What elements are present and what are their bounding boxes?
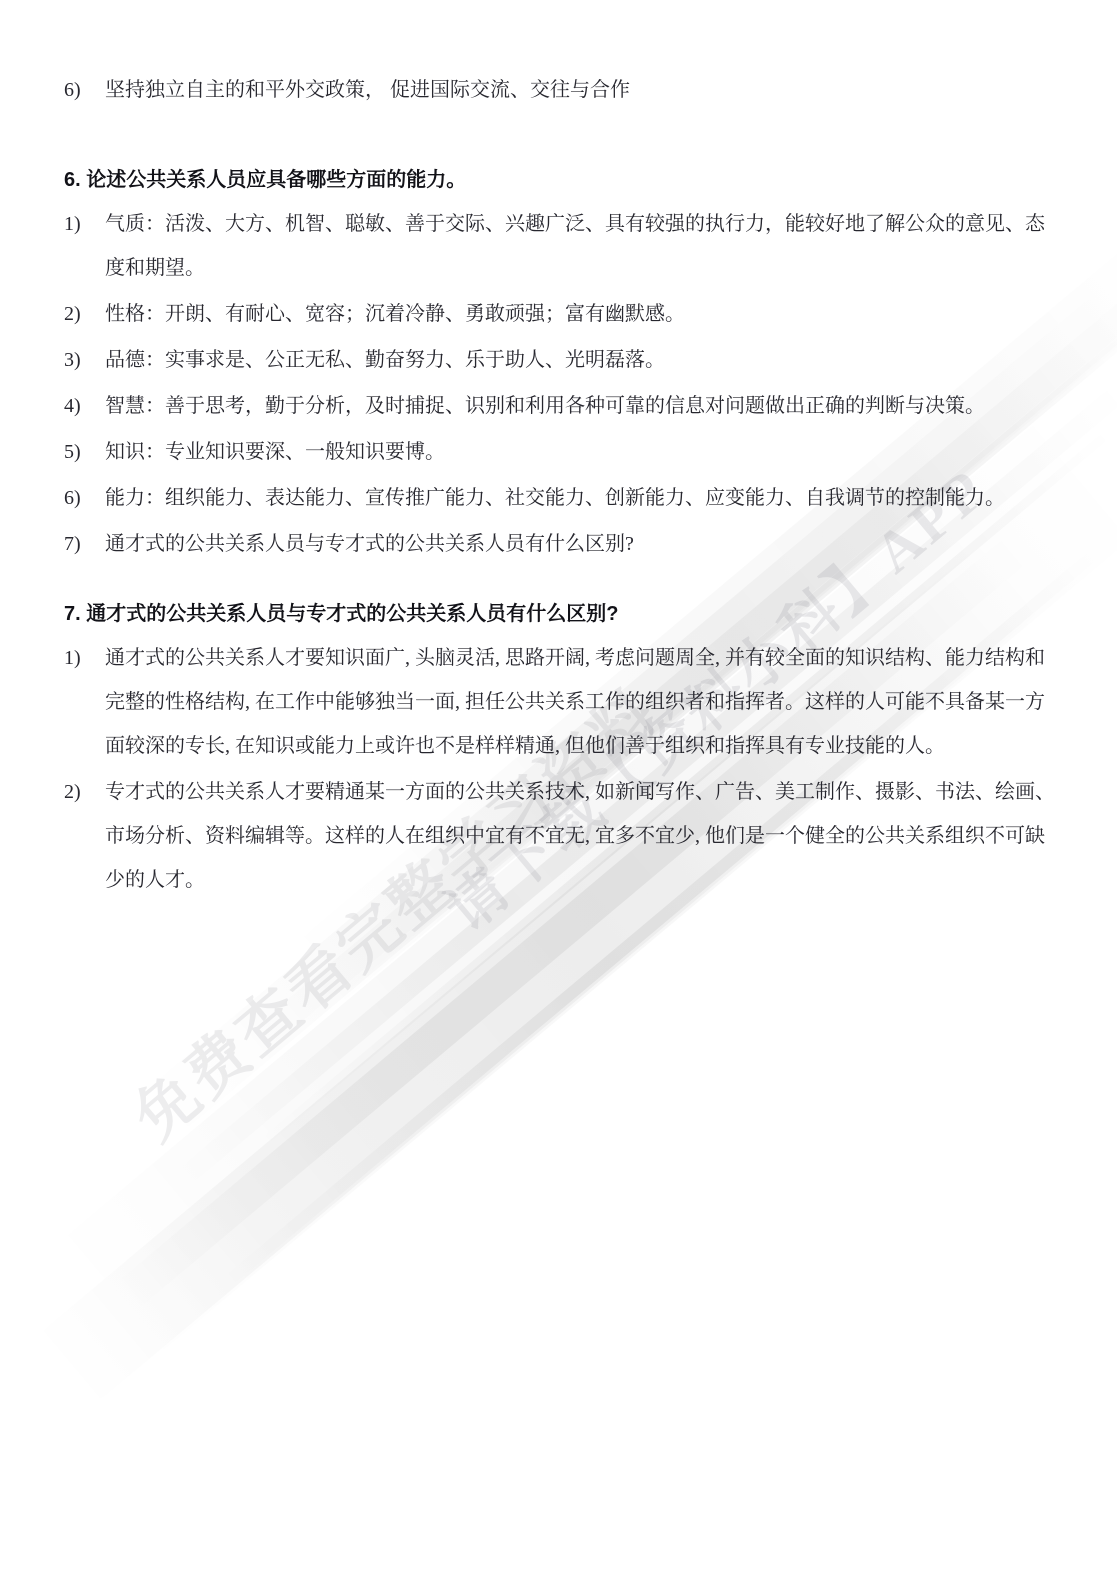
list-item-text: 气质：活泼、大方、机智、聪敏、善于交际、兴趣广泛、具有较强的执行力，能较好地了解… (105, 202, 1064, 290)
list-item-text: 能力：组织能力、表达能力、宣传推广能力、社交能力、创新能力、应变能力、自我调节的… (105, 476, 1064, 520)
list-item: 1) 气质：活泼、大方、机智、聪敏、善于交际、兴趣广泛、具有较强的执行力，能较好… (64, 202, 1064, 290)
list-item: 6) 坚持独立自主的和平外交政策， 促进国际交流、交往与合作 (64, 68, 1064, 112)
list-item-text: 通才式的公共关系人员与专才式的公共关系人员有什么区别? (105, 522, 1064, 566)
list-marker: 3) (64, 338, 105, 382)
list-item: 2) 性格：开朗、有耐心、宽容；沉着冷静、勇敢顽强；富有幽默感。 (64, 292, 1064, 336)
list-item-text: 通才式的公共关系人才要知识面广, 头脑灵活, 思路开阔, 考虑问题周全, 并有较… (105, 636, 1064, 768)
list-item-text: 品德：实事求是、公正无私、勤奋努力、乐于助人、光明磊落。 (105, 338, 1064, 382)
list-marker: 7) (64, 522, 105, 566)
list-marker: 6) (64, 68, 105, 112)
section-7-heading: 7. 通才式的公共关系人员与专才式的公共关系人员有什么区别? (64, 592, 1064, 636)
list-item: 1) 通才式的公共关系人才要知识面广, 头脑灵活, 思路开阔, 考虑问题周全, … (64, 636, 1064, 768)
list-item: 5) 知识：专业知识要深、一般知识要博。 (64, 430, 1064, 474)
list-item-text: 性格：开朗、有耐心、宽容；沉着冷静、勇敢顽强；富有幽默感。 (105, 292, 1064, 336)
list-marker: 1) (64, 202, 105, 246)
list-item: 4) 智慧：善于思考，勤于分析，及时捕捉、识别和利用各种可靠的信息对问题做出正确… (64, 384, 1064, 428)
list-item-text: 知识：专业知识要深、一般知识要博。 (105, 430, 1064, 474)
list-item-text: 坚持独立自主的和平外交政策， 促进国际交流、交往与合作 (105, 68, 1064, 112)
list-marker: 6) (64, 476, 105, 520)
list-item: 2) 专才式的公共关系人才要精通某一方面的公共关系技术, 如新闻写作、广告、美工… (64, 770, 1064, 902)
list-marker: 1) (64, 636, 105, 680)
list-item: 7) 通才式的公共关系人员与专才式的公共关系人员有什么区别? (64, 522, 1064, 566)
list-item: 6) 能力：组织能力、表达能力、宣传推广能力、社交能力、创新能力、应变能力、自我… (64, 476, 1064, 520)
list-item-text: 专才式的公共关系人才要精通某一方面的公共关系技术, 如新闻写作、广告、美工制作、… (105, 770, 1064, 902)
list-marker: 4) (64, 384, 105, 428)
list-marker: 2) (64, 770, 105, 814)
list-item-text: 智慧：善于思考，勤于分析，及时捕捉、识别和利用各种可靠的信息对问题做出正确的判断… (105, 384, 1064, 428)
list-marker: 5) (64, 430, 105, 474)
list-item: 3) 品德：实事求是、公正无私、勤奋努力、乐于助人、光明磊落。 (64, 338, 1064, 382)
section-6-heading: 6. 论述公共关系人员应具备哪些方面的能力。 (64, 158, 1064, 202)
document-page: 6) 坚持独立自主的和平外交政策， 促进国际交流、交往与合作 6. 论述公共关系… (64, 68, 1064, 904)
list-marker: 2) (64, 292, 105, 336)
